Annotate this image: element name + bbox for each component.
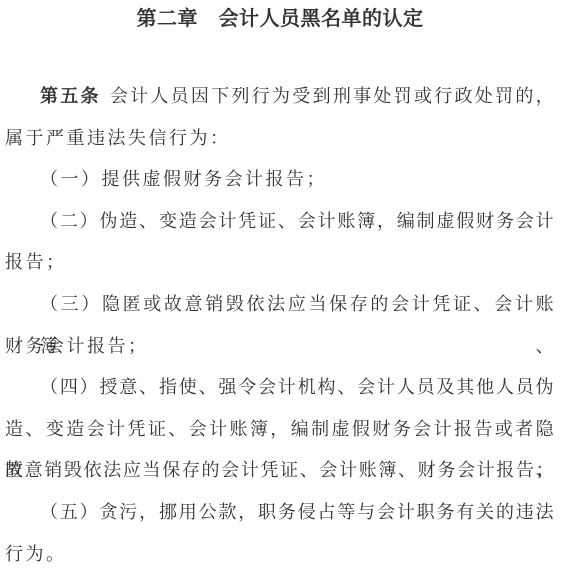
article-number: 第五条 (40, 86, 101, 106)
text-line-6: （三）隐匿或故意销毁依法应当保存的会计凭证、会计账簿、 (5, 284, 555, 326)
chapter-title: 第二章 会计人员黑名单的认定 (5, 4, 555, 34)
text-line-1: 第五条会计人员因下列行为受到刑事处罚或行政处罚的， (5, 76, 555, 118)
text-line-3: （一）提供虚假财务会计报告； (5, 159, 555, 201)
line-text: （二）伪造、变造会计凭证、会计账簿，编制虚假财务会计 (40, 211, 555, 231)
line-text: （五）贪污，挪用公款，职务侵占等与会计职务有关的违法 (40, 502, 555, 522)
text-line-8: （四）授意、指使、强令会计机构、会计人员及其他人员伪 (5, 367, 555, 409)
document-page: 第二章 会计人员黑名单的认定 第五条会计人员因下列行为受到刑事处罚或行政处罚的，… (0, 0, 561, 571)
line-text: 故意销毁依法应当保存的会计凭证、会计账簿、财务会计报告； (5, 460, 555, 480)
line-text: 财务会计报告； (5, 336, 149, 356)
text-line-9: 造、变造会计凭证、会计账簿，编制虚假财务会计报告或者隐匿、 (5, 409, 555, 451)
text-line-2: 属于严重违法失信行为： (5, 118, 555, 160)
text-line-4: （二）伪造、变造会计凭证、会计账簿，编制虚假财务会计 (5, 201, 555, 243)
line-text: （一）提供虚假财务会计报告； (40, 169, 327, 189)
line-text: 会计人员因下列行为受到刑事处罚或行政处罚的， (110, 86, 555, 106)
line-text: 行为。 (5, 544, 67, 564)
text-line-11: （五）贪污，挪用公款，职务侵占等与会计职务有关的违法 (5, 492, 555, 534)
line-text: （四）授意、指使、强令会计机构、会计人员及其他人员伪 (40, 377, 555, 397)
text-line-12: 行为。 (5, 534, 555, 571)
text-line-10: 故意销毁依法应当保存的会计凭证、会计账簿、财务会计报告； (5, 450, 555, 492)
line-text: 报告； (5, 252, 67, 272)
text-line-5: 报告； (5, 242, 555, 284)
article-body: 第五条会计人员因下列行为受到刑事处罚或行政处罚的，属于严重违法失信行为：（一）提… (5, 76, 555, 571)
line-text: 属于严重违法失信行为： (5, 128, 231, 148)
